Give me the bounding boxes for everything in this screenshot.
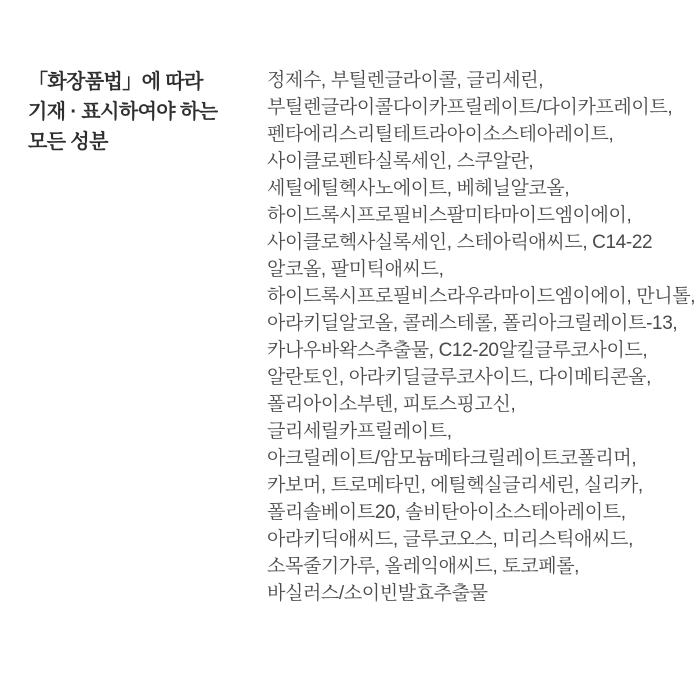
ingredient-line: 글리세릴카프릴레이트,	[267, 418, 695, 445]
ingredient-line: 사이클로펜타실록세인, 스쿠알란,	[267, 148, 695, 175]
ingredient-line: 사이클로헥사실록세인, 스테아릭애씨드, C14-22	[267, 229, 695, 256]
ingredient-line: 하이드록시프로필비스팔미타마이드엠이에이,	[267, 202, 695, 229]
ingredient-line: 펜타에리스리틸테트라아이소스테아레이트,	[267, 121, 695, 148]
ingredient-line: 아라키딕애씨드, 글루코오스, 미리스틱애씨드,	[267, 526, 695, 553]
ingredient-line: 카나우바왁스추출물, C12-20알킬글루코사이드,	[267, 337, 695, 364]
ingredient-line: 알코올, 팔미틱애씨드,	[267, 256, 695, 283]
ingredient-line: 바실러스/소이빈발효추출물	[267, 580, 695, 607]
section-label-line: 모든 성분	[28, 127, 267, 157]
ingredients-disclosure-section: 「화장품법」에 따라 기재 · 표시하여야 하는 모든 성분 정제수, 부틸렌글…	[0, 0, 700, 607]
ingredient-line: 정제수, 부틸렌글라이콜, 글리세린,	[267, 67, 695, 94]
ingredient-line: 세틸에틸헥사노에이트, 베헤닐알코올,	[267, 175, 695, 202]
ingredient-line: 아라키딜알코올, 콜레스테롤, 폴리아크릴레이트-13,	[267, 310, 695, 337]
ingredient-line: 아크릴레이트/암모늄메타크릴레이트코폴리머,	[267, 445, 695, 472]
ingredient-line: 소목줄기가루, 올레익애씨드, 토코페롤,	[267, 553, 695, 580]
ingredient-line: 폴리아이소부텐, 피토스핑고신,	[267, 391, 695, 418]
ingredient-line: 카보머, 트로메타민, 에틸헥실글리세린, 실리카,	[267, 472, 695, 499]
ingredients-list: 정제수, 부틸렌글라이콜, 글리세린, 부틸렌글라이콜다이카프릴레이트/다이카프…	[267, 67, 695, 607]
section-label-line: 「화장품법」에 따라	[28, 67, 267, 97]
section-label: 「화장품법」에 따라 기재 · 표시하여야 하는 모든 성분	[28, 67, 267, 157]
ingredient-line: 부틸렌글라이콜다이카프릴레이트/다이카프레이트,	[267, 94, 695, 121]
ingredient-line: 알란토인, 아라키딜글루코사이드, 다이메티콘올,	[267, 364, 695, 391]
ingredient-line: 하이드록시프로필비스라우라마이드엠이에이, 만니톨,	[267, 283, 695, 310]
section-label-line: 기재 · 표시하여야 하는	[28, 97, 267, 127]
ingredient-line: 폴리솔베이트20, 솔비탄아이소스테아레이트,	[267, 499, 695, 526]
